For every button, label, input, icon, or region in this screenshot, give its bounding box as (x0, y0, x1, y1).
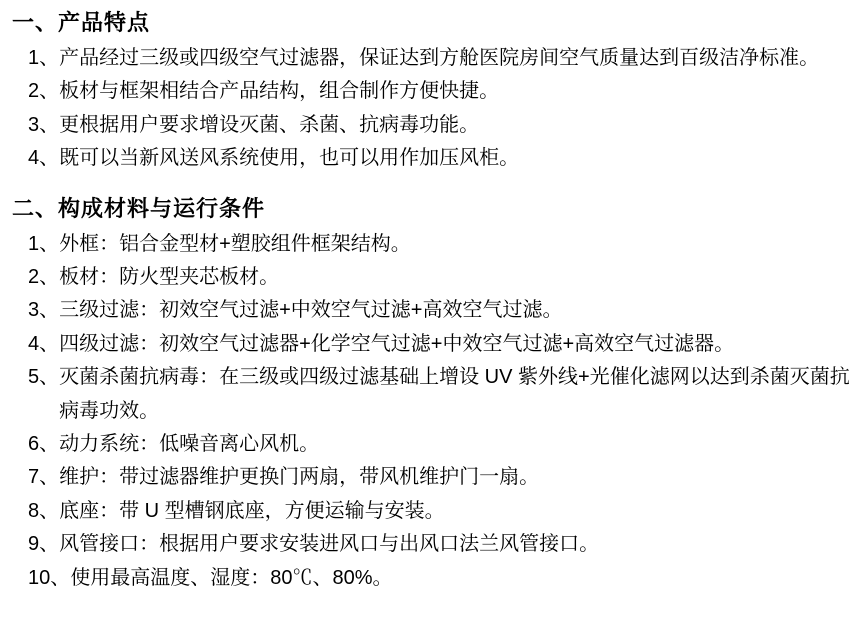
list-item-number: 3、 (28, 294, 59, 327)
list-item-text: 外框：铝合金型材+塑胶组件框架结构。 (59, 228, 851, 261)
list-item: 4、 既可以当新风送风系统使用，也可以用作加压风柜。 (12, 142, 851, 175)
section-heading: 一、产品特点 (12, 8, 851, 38)
list-item-number: 4、 (28, 328, 59, 361)
list-item-number: 9、 (28, 528, 59, 561)
list-item-number: 1、 (28, 42, 59, 75)
section-materials-conditions: 二、构成材料与运行条件 1、 外框：铝合金型材+塑胶组件框架结构。 2、 板材：… (12, 194, 851, 595)
list-item-text: 四级过滤：初效空气过滤器+化学空气过滤+中效空气过滤+高效空气过滤器。 (59, 328, 851, 361)
list-item: 8、 底座：带 U 型槽钢底座，方便运输与安装。 (12, 495, 851, 528)
list-item-text: 既可以当新风送风系统使用，也可以用作加压风柜。 (59, 142, 851, 175)
list-item-text: 使用最高温度、湿度：80℃、80%。 (70, 562, 851, 595)
list-item: 6、 动力系统：低噪音离心风机。 (12, 428, 851, 461)
section-heading: 二、构成材料与运行条件 (12, 194, 851, 224)
list-item-number: 4、 (28, 142, 59, 175)
feature-list: 1、 产品经过三级或四级空气过滤器，保证达到方舱医院房间空气质量达到百级洁净标准… (12, 42, 851, 176)
document-page: 一、产品特点 1、 产品经过三级或四级空气过滤器，保证达到方舱医院房间空气质量达… (0, 0, 859, 635)
list-item-number: 8、 (28, 495, 59, 528)
list-item: 10、 使用最高温度、湿度：80℃、80%。 (12, 562, 851, 595)
list-item-text: 动力系统：低噪音离心风机。 (59, 428, 851, 461)
list-item-number: 6、 (28, 428, 59, 461)
list-item-text: 灭菌杀菌抗病毒：在三级或四级过滤基础上增设 UV 紫外线+光催化滤网以达到杀菌灭… (59, 361, 851, 428)
list-item-text: 三级过滤：初效空气过滤+中效空气过滤+高效空气过滤。 (59, 294, 851, 327)
list-item-number: 1、 (28, 228, 59, 261)
list-item: 2、 板材：防火型夹芯板材。 (12, 261, 851, 294)
list-item: 1、 产品经过三级或四级空气过滤器，保证达到方舱医院房间空气质量达到百级洁净标准… (12, 42, 851, 75)
list-item-number: 7、 (28, 461, 59, 494)
materials-list: 1、 外框：铝合金型材+塑胶组件框架结构。 2、 板材：防火型夹芯板材。 3、 … (12, 228, 851, 595)
list-item-number: 5、 (28, 361, 59, 394)
list-item-text: 风管接口：根据用户要求安装进风口与出风口法兰风管接口。 (59, 528, 851, 561)
list-item: 7、 维护：带过滤器维护更换门两扇，带风机维护门一扇。 (12, 461, 851, 494)
list-item-text: 更根据用户要求增设灭菌、杀菌、抗病毒功能。 (59, 109, 851, 142)
list-item-number: 2、 (28, 75, 59, 108)
list-item-number: 2、 (28, 261, 59, 294)
list-item: 3、 三级过滤：初效空气过滤+中效空气过滤+高效空气过滤。 (12, 294, 851, 327)
list-item: 9、 风管接口：根据用户要求安装进风口与出风口法兰风管接口。 (12, 528, 851, 561)
list-item-text: 底座：带 U 型槽钢底座，方便运输与安装。 (59, 495, 851, 528)
list-item-text: 维护：带过滤器维护更换门两扇，带风机维护门一扇。 (59, 461, 851, 494)
list-item-number: 3、 (28, 109, 59, 142)
list-item: 5、 灭菌杀菌抗病毒：在三级或四级过滤基础上增设 UV 紫外线+光催化滤网以达到… (12, 361, 851, 428)
list-item-number: 10、 (28, 562, 70, 595)
list-item: 2、 板材与框架相结合产品结构，组合制作方便快捷。 (12, 75, 851, 108)
list-item-text: 板材与框架相结合产品结构，组合制作方便快捷。 (59, 75, 851, 108)
list-item-text: 板材：防火型夹芯板材。 (59, 261, 851, 294)
list-item: 1、 外框：铝合金型材+塑胶组件框架结构。 (12, 228, 851, 261)
list-item: 3、 更根据用户要求增设灭菌、杀菌、抗病毒功能。 (12, 109, 851, 142)
section-product-features: 一、产品特点 1、 产品经过三级或四级空气过滤器，保证达到方舱医院房间空气质量达… (12, 8, 851, 176)
list-item-text: 产品经过三级或四级空气过滤器，保证达到方舱医院房间空气质量达到百级洁净标准。 (59, 42, 851, 75)
list-item: 4、 四级过滤：初效空气过滤器+化学空气过滤+中效空气过滤+高效空气过滤器。 (12, 328, 851, 361)
